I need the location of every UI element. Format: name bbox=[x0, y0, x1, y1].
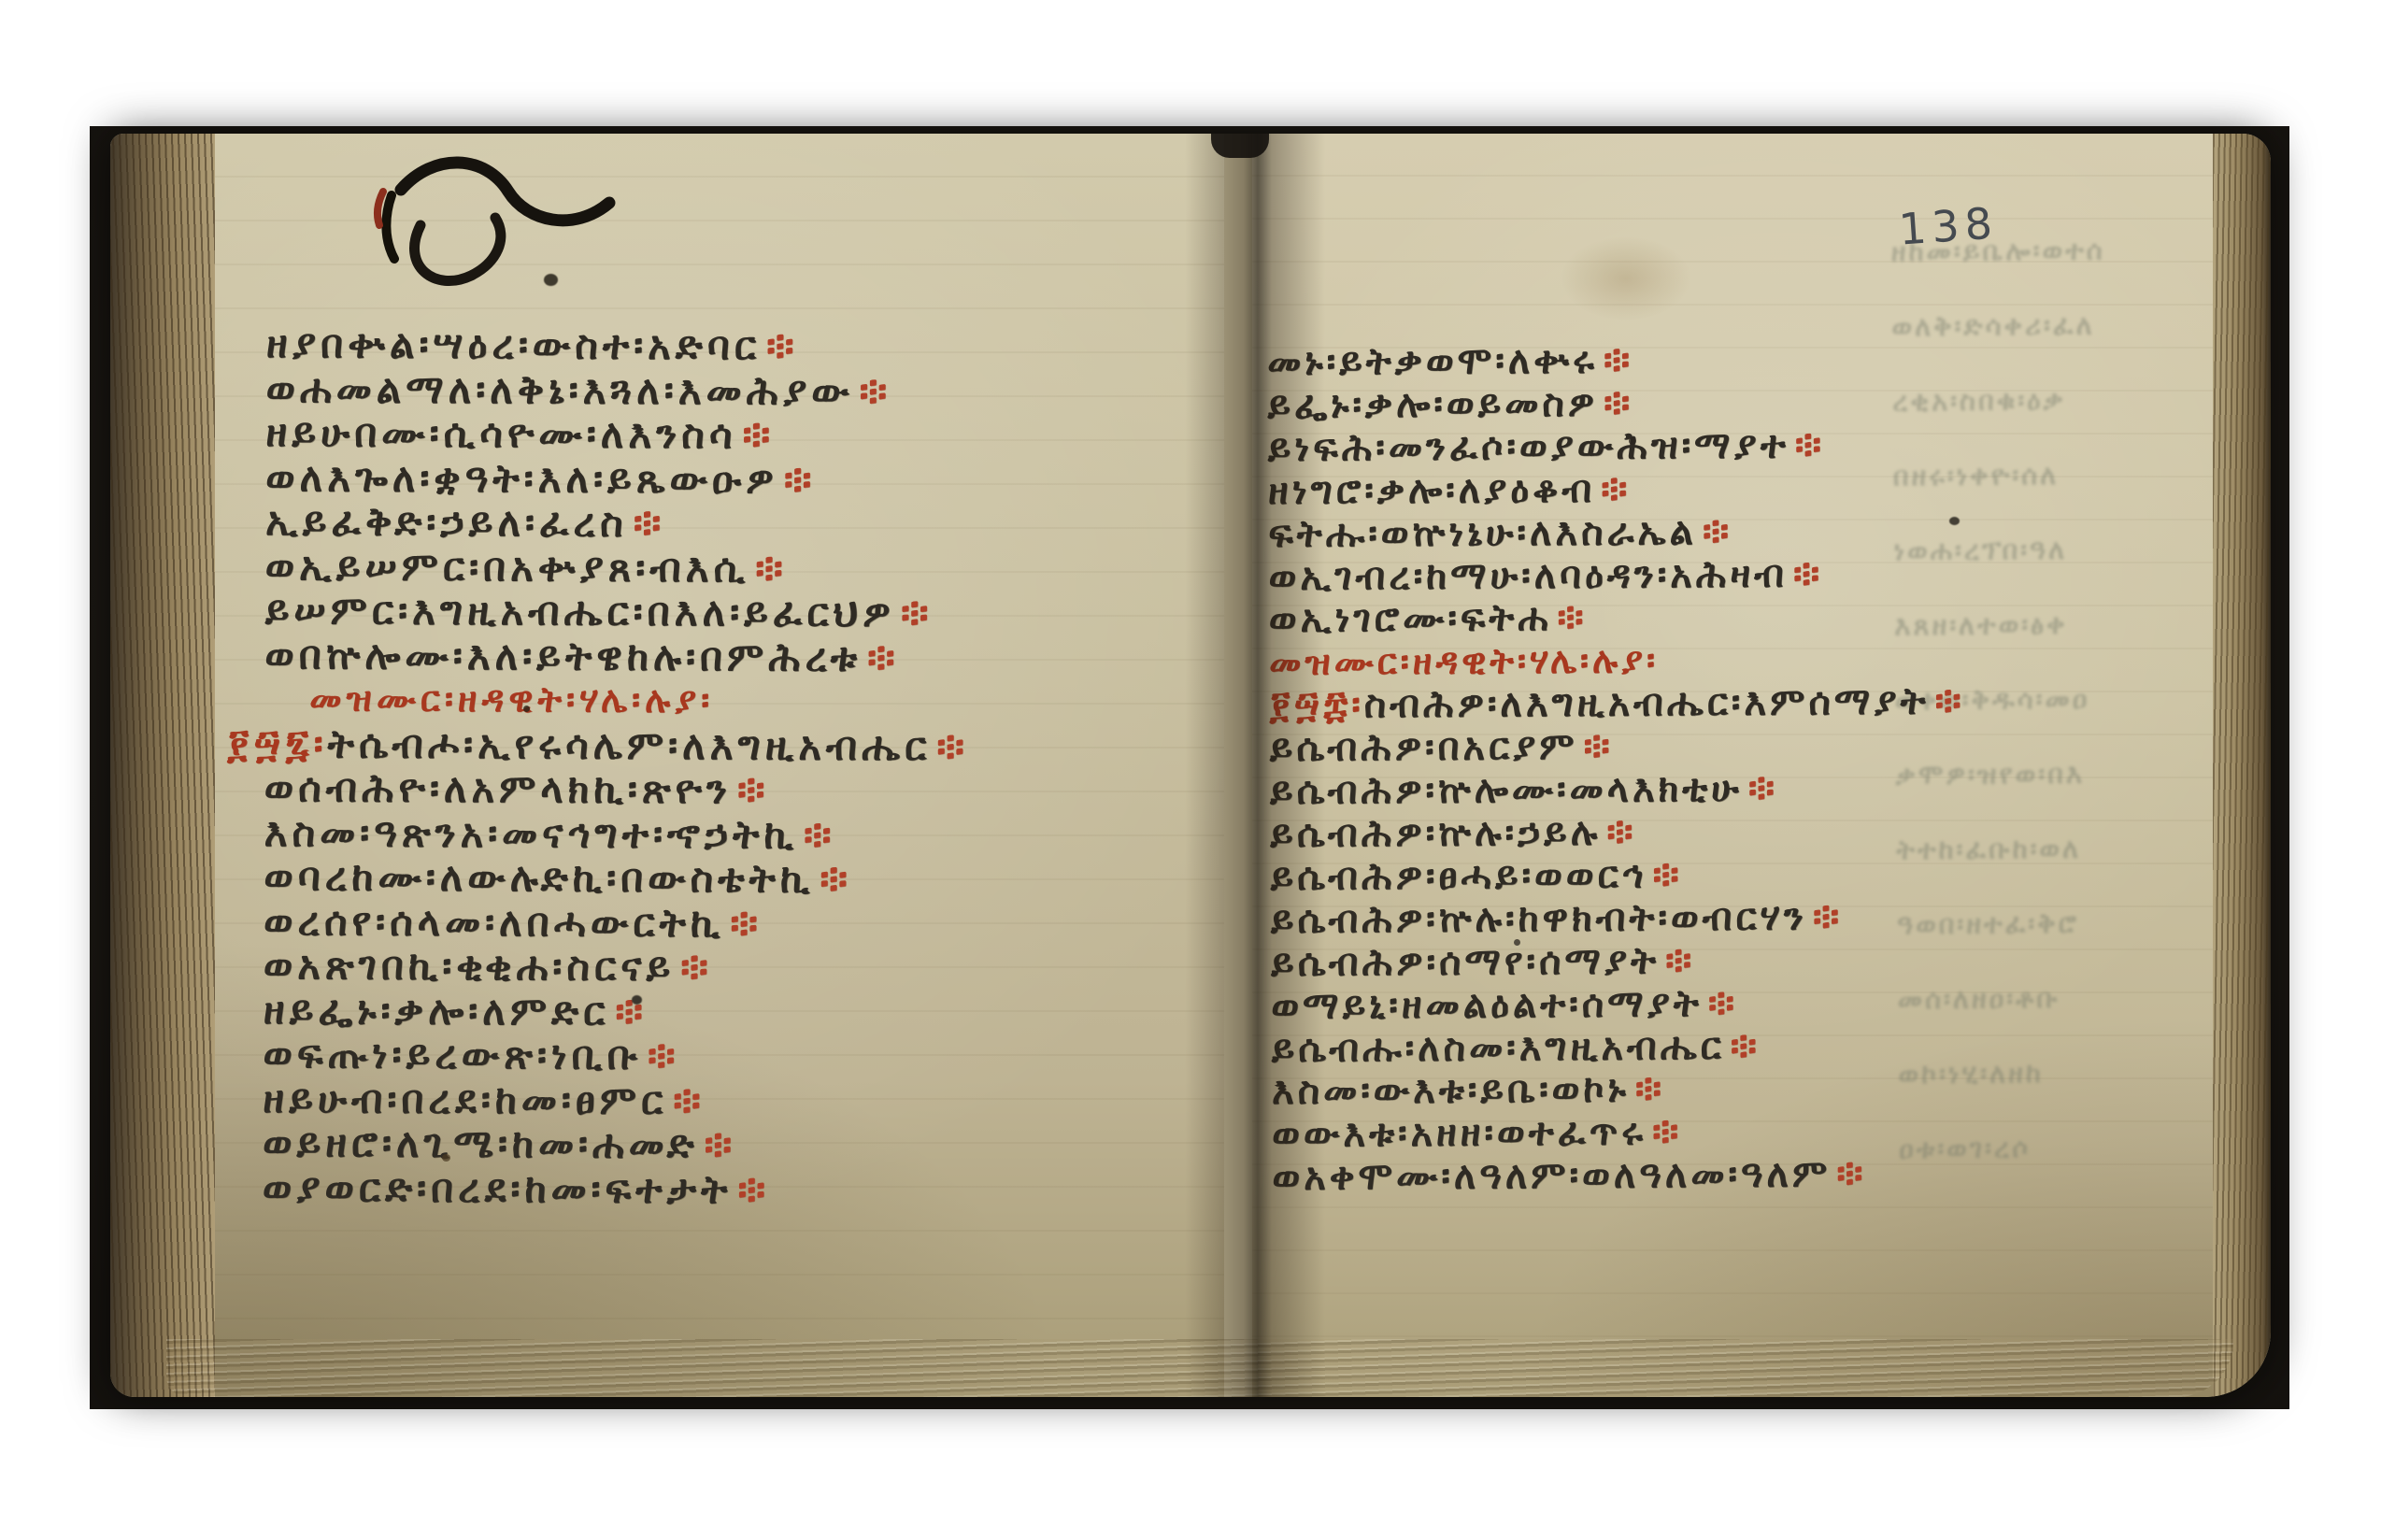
verse-text: ይነፍሕ፡መንፈሶ፡ወያውሕዝ፡ማያተ bbox=[1268, 423, 1789, 469]
page-number: 138 bbox=[1897, 197, 1999, 254]
open-book: ዘያበቍል፡ሣዕረ፡ውስተ፡አድባር፨ወሐመልማለ፡ለቅኔ፡እጓለ፡እመሕያው፨… bbox=[110, 134, 2271, 1397]
verse-separator: ፨ bbox=[895, 590, 934, 635]
verse-separator: ፨ bbox=[1551, 596, 1587, 639]
verse-separator: ፨ bbox=[1598, 382, 1633, 425]
verse-line: ዘይፌኑ፡ቃሎ፡ለምድር፨ bbox=[226, 987, 1179, 1035]
verse-separator: ፨ bbox=[862, 634, 900, 679]
verse-text: ወማይኒ፡ዘመልዕልተ፡ሰማያት bbox=[1271, 982, 1703, 1028]
verse-line: ፻፵፰፡ስብሕዎ፡ለእግዚአብሔር፡እምሰማያት፨ bbox=[1269, 679, 2203, 728]
verse-separator: ፨ bbox=[931, 723, 969, 769]
verse-text: ይሠምር፡እግዚአብሔር፡በእለ፡ይፈርህዎ bbox=[265, 587, 895, 635]
verse-separator: ፨ bbox=[1647, 853, 1682, 896]
verse-separator: ፨ bbox=[675, 944, 713, 990]
verse-line: ወለእጐለ፡ቋዓት፡እለ፡ይጼውዑዎ፨ bbox=[228, 454, 1181, 503]
verse-separator: ፨ bbox=[1598, 339, 1633, 382]
page-edges-right bbox=[2213, 134, 2271, 1397]
psalm-heading: መዝሙር፡ዘዳዊት፡ሃሌ፡ሉያ፡ bbox=[1269, 636, 2203, 685]
right-text-block: መኑ፡ይትቃወሞ፡ለቍሩ፨ይፌኑ፡ቃሎ፡ወይመስዎ፨ይነፍሕ፡መንፈሶ፡ወያውሕ… bbox=[1267, 336, 2207, 1200]
verse-line: ወኢገብረ፡ከማሁ፡ለባዕዳን፡አሕዛብ፨ bbox=[1268, 550, 2203, 599]
verse-text: ወፍጡነ፡ይረውጽ፡ነቢቡ bbox=[263, 1031, 642, 1078]
verse-line: ወሐመልማለ፡ለቅኔ፡እጓለ፡እመሕያው፨ bbox=[229, 365, 1182, 414]
parchment-stain bbox=[1561, 236, 1691, 321]
verse-line: ይሴብሕዎ፡ኵሉ፡ከዋክብት፡ወብርሃን፨ bbox=[1271, 894, 2205, 943]
verse-text: ይሴብሕዎ፡ፀሓይ፡ወወርኅ bbox=[1270, 853, 1647, 898]
verse-text: ወውእቱ፡አዘዘ፡ወተፈጥሩ bbox=[1272, 1111, 1647, 1156]
verse-line: ወያወርድ፡በረደ፡ከመ፡ፍተታት፨ bbox=[225, 1164, 1178, 1213]
verse-separator: ፨ bbox=[732, 1166, 770, 1212]
ink-stain bbox=[442, 1154, 450, 1162]
verse-separator: ፨ bbox=[1601, 811, 1636, 854]
verse-line: ወኢነገሮሙ፡ፍትሐ፨ bbox=[1269, 593, 2203, 642]
verse-line: ይነፍሕ፡መንፈሶ፡ወያውሕዝ፡ማያተ፨ bbox=[1268, 422, 2203, 471]
verse-separator: ፨ bbox=[1929, 680, 1964, 723]
verse-separator: ፨ bbox=[814, 856, 852, 902]
verse-separator: ፨ bbox=[798, 811, 836, 857]
ink-stain bbox=[523, 706, 530, 712]
verse-separator: ፨ bbox=[1788, 552, 1823, 595]
verse-line: ዘይሁበሙ፡ሲሳዮሙ፡ለእንስሳ፨ bbox=[228, 410, 1181, 459]
verse-line: ወበኵሎሙ፡እለ፡ይትዌከሉ፡በምሕረቱ፨ bbox=[227, 632, 1180, 680]
right-page: 138 ዘከመ፡ይቤሎ፡ወተሰወለቅ፡ድሳቀሪ፡ፈለረቂአ፡ስበቁ፡ዕቃበዘሩ፡… bbox=[1252, 134, 2213, 1397]
verse-text: ስብሕዎ፡ለእግዚአብሔር፡እምሰማያት bbox=[1364, 680, 1930, 727]
verse-line: ይፌኑ፡ቃሎ፡ወይመስዎ፨ bbox=[1267, 379, 2202, 428]
verse-line: ወባረከሙ፡ለውሉድኪ፡በውስቴትኪ፨ bbox=[226, 854, 1179, 903]
verse-separator: ፨ bbox=[1807, 895, 1843, 938]
verse-separator: ፨ bbox=[642, 1033, 680, 1078]
verse-line: ኢይፈቅድ፡ኃይለ፡ፈረስ፨ bbox=[228, 499, 1181, 548]
verse-line: ወፍጡነ፡ይረውጽ፡ነቢቡ፨ bbox=[225, 1032, 1178, 1080]
verse-separator: ፨ bbox=[1789, 423, 1825, 466]
verse-text: መዝሙር፡ዘዳዊት፡ሃሌ፡ሉያ፡ bbox=[1269, 640, 1659, 684]
verse-separator: ፨ bbox=[778, 456, 817, 502]
verse-separator: ፨ bbox=[736, 411, 775, 457]
verse-separator: ፨ bbox=[609, 988, 648, 1034]
ink-stain bbox=[1629, 437, 1636, 445]
verse-separator: ፨ bbox=[732, 766, 770, 812]
verse-line: ዘይሁብ፡በረደ፡ከመ፡ፀምር፨ bbox=[225, 1076, 1178, 1124]
verse-line: ወአቀሞሙ፡ለዓለም፡ወለዓለመ፡ዓለም፨ bbox=[1272, 1151, 2206, 1200]
verse-line: ይሴብሕዎ፡ኵሎሙ፡መላእክቲሁ፨ bbox=[1270, 765, 2204, 814]
verse-separator: ፨ bbox=[1831, 1152, 1866, 1195]
verse-text: ዘይሁበሙ፡ሲሳዮሙ፡ለእንስሳ bbox=[265, 409, 736, 457]
verse-separator: ፨ bbox=[699, 1121, 737, 1167]
verse-text: ወሐመልማለ፡ለቅኔ፡እጓለ፡እመሕያው bbox=[266, 365, 854, 414]
verse-separator: ፨ bbox=[1697, 510, 1732, 553]
verse-separator: ፨ bbox=[761, 322, 799, 368]
verse-line: እስመ፡ውእቱ፡ይቤ፡ወኮኑ፨ bbox=[1272, 1065, 2206, 1114]
verse-text: ፍትሑ፡ወኵነኔሁ፡ለእስራኤል bbox=[1268, 510, 1697, 556]
verse-line: መኑ፡ይትቃወሞ፡ለቍሩ፨ bbox=[1267, 336, 2202, 385]
verse-separator: ፨ bbox=[1595, 467, 1631, 510]
verse-separator: ፨ bbox=[1703, 982, 1738, 1025]
verse-line: ወሰብሕዮ፡ለአምላክኪ፡ጽዮን፨ bbox=[227, 765, 1180, 814]
verse-text: ይሴብሑ፡ለስመ፡እግዚአብሔር bbox=[1271, 1025, 1724, 1071]
verse-text: እስመ፡ዓጽንአ፡መናኅግተ፡ኆኃትኪ bbox=[264, 809, 799, 857]
verse-text: ወለእጐለ፡ቋዓት፡እለ፡ይጼውዑዎ bbox=[265, 454, 778, 502]
verse-text: ወሰብሕዮ፡ለአምላክኪ፡ጽዮን bbox=[264, 764, 732, 812]
verse-line: ይሴብሕዎ፡ሰማየ፡ሰማያት፨ bbox=[1271, 937, 2205, 986]
verse-text: ወኢገብረ፡ከማሁ፡ለባዕዳን፡አሕዛብ bbox=[1268, 552, 1788, 598]
verse-text: ወኢይሠምር፡በአቍያጸ፡ብእሲ bbox=[265, 543, 750, 591]
ink-stain bbox=[1949, 517, 1960, 525]
verse-text: ኢይፈቅድ፡ኃይለ፡ፈረስ bbox=[265, 498, 628, 546]
verse-separator: ፨ bbox=[853, 367, 891, 413]
verse-line: ይሴብሑ፡ለስመ፡እግዚአብሔር፨ bbox=[1271, 1022, 2205, 1071]
verse-text: ዘይሁብ፡በረደ፡ከመ፡ፀምር bbox=[263, 1076, 667, 1123]
gutter-notch bbox=[1211, 134, 1269, 158]
verse-line: ይሴብሕዎ፡በአርያም፨ bbox=[1270, 722, 2204, 771]
verse-text: ወረሰየ፡ሰላመ፡ለበሓውርትኪ bbox=[264, 898, 724, 946]
verse-text: ትሴብሖ፡ኢየሩሳሌም፡ለእግዚአብሔር bbox=[327, 720, 931, 769]
scan-canvas: ዘያበቍል፡ሣዕረ፡ውስተ፡አድባር፨ወሐመልማለ፡ለቅኔ፡እጓለ፡እመሕያው፨… bbox=[0, 0, 2381, 1540]
verse-separator: ፨ bbox=[1743, 767, 1778, 810]
verse-line: ወአጽገበኪ፡ቂቂሐ፡ስርናይ፨ bbox=[226, 943, 1179, 991]
verse-text: ዘይፌኑ፡ቃሎ፡ለምድር bbox=[264, 987, 610, 1034]
verse-text: ወበኵሎሙ፡እለ፡ይትዌከሉ፡በምሕረቱ bbox=[264, 632, 862, 680]
verse-line: ፻፵፯፡ትሴብሖ፡ኢየሩሳሌም፡ለእግዚአብሔር፨ bbox=[227, 720, 1180, 769]
verse-text: ወአጽገበኪ፡ቂቂሐ፡ስርናይ bbox=[264, 942, 675, 990]
verse-line: ወይዘሮ፡ለጊሜ፡ከመ፡ሐመድ፨ bbox=[225, 1120, 1178, 1169]
psalm-heading: መዝሙር፡ዘዳዊት፡ሃሌ፡ሉያ፡ bbox=[227, 677, 1180, 725]
verse-text: መዝሙር፡ዘዳዊት፡ሃሌ፡ሉያ፡ bbox=[309, 677, 714, 720]
verse-text: ይሴብሕዎ፡ኵሉ፡ከዋክብት፡ወብርሃን bbox=[1271, 895, 1807, 942]
verse-text: ወያወርድ፡በረደ፡ከመ፡ፍተታት bbox=[263, 1164, 733, 1212]
verse-line: ፍትሑ፡ወኵነኔሁ፡ለእስራኤል፨ bbox=[1268, 508, 2203, 557]
verse-line: ይሠምር፡እግዚአብሔር፡በእለ፡ይፈርህዎ፨ bbox=[228, 588, 1181, 636]
verse-separator: ፨ bbox=[667, 1077, 706, 1123]
psalm-number: ፻፵፯፡ bbox=[227, 720, 328, 765]
verse-separator: ፨ bbox=[1577, 725, 1613, 768]
verse-line: ዘነግሮ፡ቃሎ፡ለያዕቆብ፨ bbox=[1268, 465, 2203, 514]
verse-text: ወአቀሞሙ፡ለዓለም፡ወለዓለመ፡ዓለም bbox=[1272, 1153, 1831, 1200]
book-gutter bbox=[1185, 134, 1325, 1397]
verse-separator: ፨ bbox=[749, 545, 788, 591]
verse-separator: ፨ bbox=[1647, 1111, 1682, 1154]
verse-text: ይሴብሕዎ፡ሰማየ፡ሰማያት bbox=[1271, 939, 1660, 985]
verse-line: ይሴብሕዎ፡ፀሓይ፡ወወርኅ፨ bbox=[1270, 851, 2204, 900]
verse-text: ወይዘሮ፡ለጊሜ፡ከመ፡ሐመድ bbox=[263, 1119, 699, 1167]
left-text-block: ዘያበቍል፡ሣዕረ፡ውስተ፡አድባር፨ወሐመልማለ፡ለቅኔ፡እጓለ፡እመሕያው፨… bbox=[225, 321, 1182, 1213]
ink-stain bbox=[632, 995, 642, 1005]
verse-text: ይሴብሕዎ፡ኵሎሙ፡መላእክቲሁ bbox=[1270, 767, 1743, 813]
verse-line: ወውእቱ፡አዘዘ፡ወተፈጥሩ፨ bbox=[1272, 1108, 2206, 1157]
verse-separator: ፨ bbox=[1630, 1068, 1665, 1111]
verse-line: ወረሰየ፡ሰላመ፡ለበሓውርትኪ፨ bbox=[226, 898, 1179, 947]
verse-separator: ፨ bbox=[628, 500, 666, 546]
verse-line: ይሴብሕዎ፡ኵሉ፡ኃይሉ፨ bbox=[1270, 808, 2204, 857]
manuscript-photo: ዘያበቍል፡ሣዕረ፡ውስተ፡አድባር፨ወሐመልማለ፡ለቅኔ፡እጓለ፡እመሕያው፨… bbox=[90, 126, 2289, 1409]
verse-line: ወኢይሠምር፡በአቍያጸ፡ብእሲ፨ bbox=[228, 543, 1181, 592]
verse-separator: ፨ bbox=[724, 900, 763, 946]
verse-text: ወባረከሙ፡ለውሉድኪ፡በውስቴትኪ bbox=[264, 853, 814, 902]
ink-stain bbox=[1514, 939, 1520, 946]
binding-thread-icon bbox=[200, 135, 686, 369]
verse-text: እስመ፡ውእቱ፡ይቤ፡ወኮኑ bbox=[1272, 1068, 1630, 1113]
verse-line: ወማይኒ፡ዘመልዕልተ፡ሰማያት፨ bbox=[1271, 979, 2205, 1028]
verse-line: እስመ፡ዓጽንአ፡መናኅግተ፡ኆኃትኪ፨ bbox=[227, 809, 1180, 858]
verse-separator: ፨ bbox=[1660, 939, 1695, 982]
verse-separator: ፨ bbox=[1725, 1024, 1761, 1067]
